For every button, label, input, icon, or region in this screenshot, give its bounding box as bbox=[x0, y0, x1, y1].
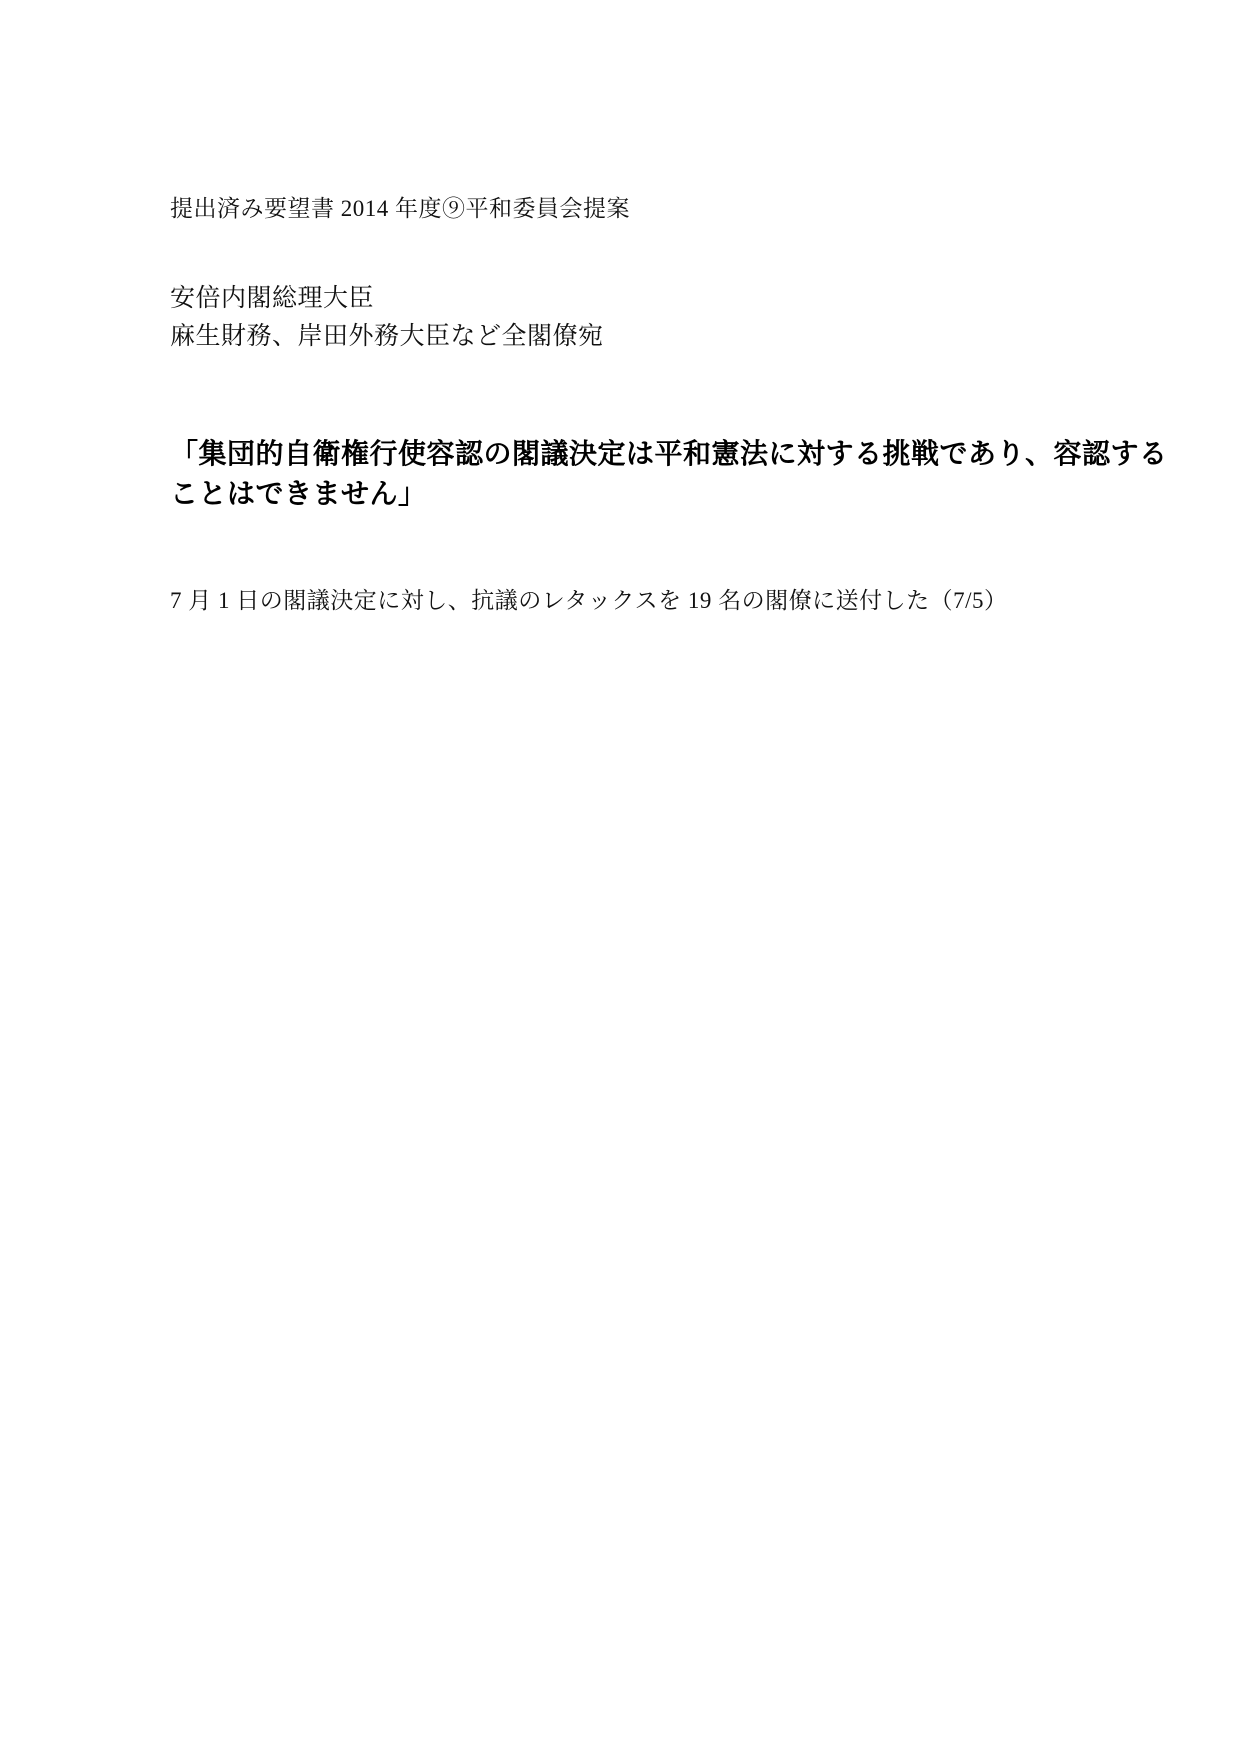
statement-heading-line-2: ことはできません」 bbox=[170, 474, 1168, 514]
recipients-block: 安倍内閣総理大臣 麻生財務、岸田外務大臣など全閣僚宛 bbox=[170, 280, 604, 356]
date-note-line: 7 月 1 日の閣議決定に対し、抗議のレタックスを 19 名の閣僚に送付した（7… bbox=[170, 587, 1008, 615]
document-page: 提出済み要望書 2014 年度⑨平和委員会提案 安倍内閣総理大臣 麻生財務、岸田… bbox=[0, 0, 1240, 1754]
statement-heading-line-1: 「集団的自衛権行使容認の閣議決定は平和憲法に対する挑戦であり、容認する bbox=[170, 434, 1168, 474]
statement-heading: 「集団的自衛権行使容認の閣議決定は平和憲法に対する挑戦であり、容認する ことはで… bbox=[170, 434, 1168, 514]
recipient-line-cabinet-ministers: 麻生財務、岸田外務大臣など全閣僚宛 bbox=[170, 318, 604, 356]
submitted-request-title: 提出済み要望書 2014 年度⑨平和委員会提案 bbox=[170, 195, 630, 223]
recipient-line-prime-minister: 安倍内閣総理大臣 bbox=[170, 280, 604, 318]
